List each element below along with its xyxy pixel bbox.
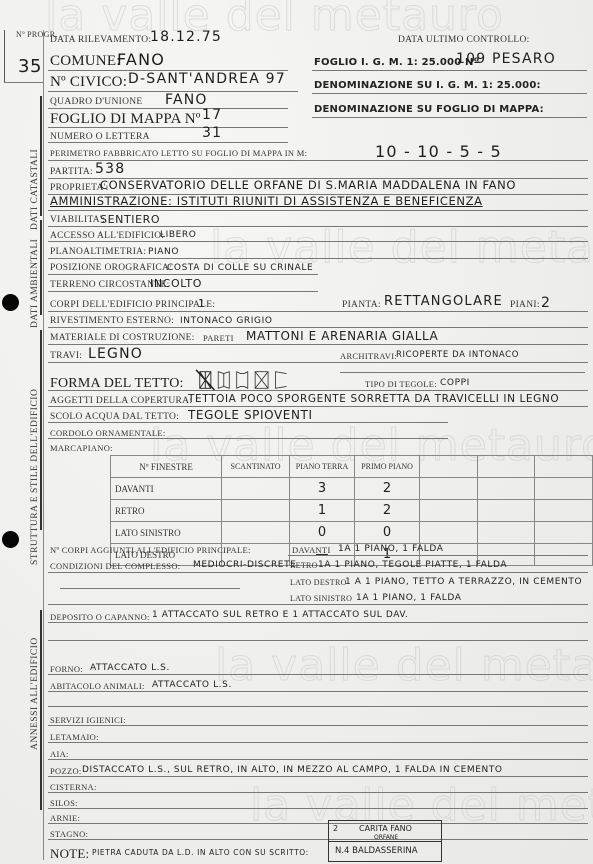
row-label: RETRO — [111, 500, 222, 522]
rivestimento-label: RIVESTIMENTO ESTERNO: — [50, 316, 174, 326]
section-label-catastali: DATI CATASTALI — [30, 149, 40, 230]
cell — [535, 522, 593, 544]
gable-side-icon — [237, 372, 248, 389]
progr-value: 35 — [18, 56, 42, 77]
cell — [477, 478, 535, 500]
cell: 3 — [289, 478, 354, 500]
denom-igm-label: DENOMINAZIONE SU I. G. M. 1: 25.000: — [314, 80, 541, 91]
hip-roof-crossed-icon — [196, 370, 214, 390]
roof-shapes — [190, 368, 300, 392]
civico-value: D-SANT'ANDREA 97 — [128, 71, 286, 87]
numero-value: 31 — [202, 125, 222, 141]
comune-value: FANO — [117, 50, 165, 69]
cell — [222, 522, 290, 544]
cell — [420, 500, 478, 522]
col-header — [420, 456, 478, 478]
posizione-value: COSTA DI COLLE SU CRINALE — [167, 263, 313, 273]
arnie-label: ARNIE: — [50, 813, 80, 823]
partita-label: PARTITA: — [50, 167, 93, 177]
denom-mappa-label: DENOMINAZIONE SU FOGLIO DI MAPPA: — [314, 104, 544, 115]
col-header — [477, 456, 535, 478]
hip-cross-icon — [255, 372, 268, 389]
col-header: SCANTINATO — [222, 456, 290, 478]
abitacolo-value: ATTACCATO L.S. — [152, 680, 232, 690]
aggiunti-destro-label: LATO DESTRO — [290, 578, 347, 587]
viabilita-value: SENTIERO — [100, 213, 160, 226]
materiale-label: MATERIALE DI COSTRUZIONE: — [50, 333, 195, 343]
cell — [222, 478, 290, 500]
viabilita-label: VIABILITA': — [50, 215, 105, 225]
foglio-mappa-label: FOGLIO DI MAPPA Nº — [50, 111, 201, 128]
cell: 0 — [289, 522, 354, 544]
data-rilevamento-value: 18.12.75 — [150, 29, 222, 45]
col-header: PIANO TERRA — [289, 456, 354, 478]
form-sheet: la valle del metauro la valle del metaur… — [0, 0, 593, 864]
perimetro-label: PERIMETRO FABBRICATO LETTO SU FOGLIO DI … — [50, 148, 307, 158]
aia-label: AIA: — [50, 749, 69, 759]
piani-label: PIANI: — [510, 300, 540, 310]
stagno-label: STAGNO: — [50, 829, 88, 839]
accesso-label: ACCESSO ALL'EDIFICIO: — [50, 231, 164, 241]
section-label-annessi: ANNESSI ALL'EDIFICIO — [30, 637, 40, 750]
cell — [222, 500, 290, 522]
cisterna-label: CISTERNA: — [50, 782, 97, 792]
stamp-line-1: CARITA FANO — [359, 824, 412, 833]
letamaio-label: LETAMAIO: — [50, 732, 99, 742]
travi-value: LEGNO — [88, 346, 143, 362]
table-row: LATO SINISTRO 0 0 — [111, 522, 593, 544]
pozzo-value: DISTACCATO L.S., SUL RETRO, IN ALTO, IN … — [82, 765, 503, 775]
piani-value: 2 — [541, 295, 551, 311]
tegole-value: COPPI — [440, 378, 470, 388]
cell: 1 — [289, 500, 354, 522]
condizioni-value: MEDIOCRI-DISCRETE — [193, 560, 296, 570]
punch-hole — [2, 294, 19, 311]
inscription-sketch: 2 CARITA FANO ORFANE N.4 BALDASSERINA — [328, 820, 442, 862]
row-label: DAVANTI — [111, 478, 222, 500]
planoaltimetria-label: PLANOALTIMETRIA: — [50, 247, 146, 257]
silos-label: SILOS: — [50, 798, 78, 808]
quadro-label: QUADRO D'UNIONE — [50, 97, 143, 107]
cell: 2 — [355, 478, 420, 500]
aggiunti-davanti-label: DAVANTI — [292, 545, 331, 555]
row-label: LATO SINISTRO — [111, 522, 222, 544]
cell — [535, 500, 593, 522]
perimetro-value: 10 - 10 - 5 - 5 — [375, 142, 502, 161]
section-label-struttura: STRUTTURA E STILE DELL'EDIFICIO — [30, 389, 40, 565]
aggiunti-destro-value: 1 A 1 PIANO, TETTO A TERRAZZO, IN CEMENT… — [345, 577, 582, 587]
data-ultimo-controllo-label: DATA ULTIMO CONTROLLO: — [398, 35, 530, 45]
corpi-label: CORPI DELL'EDIFICIO PRINCIPALE: — [50, 300, 215, 310]
numero-label: NUMERO o LETTERA — [50, 132, 150, 142]
pozzo-label: POZZO: — [50, 766, 82, 776]
amministrazione-value: AMMINISTRAZIONE: ISTITUTI RIUNITI DI ASS… — [50, 194, 483, 208]
architravi-label: ARCHITRAVI: — [340, 351, 397, 361]
accesso-value: LIBERO — [160, 230, 196, 240]
cell — [420, 478, 478, 500]
col-header — [535, 456, 593, 478]
foglio-igm-label: FOGLIO I. G. M. 1: 25.000 Nº — [314, 57, 479, 68]
forno-label: FORNO: — [50, 664, 83, 674]
pareti-value: MATTONI E ARENARIA GIALLA — [246, 329, 438, 343]
col-header: PRIMO PIANO — [355, 456, 420, 478]
aggetti-value: TETTOIA POCO SPORGENTE SORRETTA DA TRAVI… — [188, 393, 559, 405]
scolo-value: TEGOLE SPIOVENTI — [188, 408, 313, 422]
table-header-row: Nº FINESTRE SCANTINATO PIANO TERRA PRIMO… — [111, 456, 593, 478]
posizione-label: POSIZIONE OROGRAFICA: — [50, 263, 172, 273]
aggiunti-sinistro-label: LATO SINISTRO — [290, 594, 352, 603]
cell — [477, 522, 535, 544]
civico-label: Nº CIVICO: — [50, 74, 127, 91]
corpi-value: 1 — [198, 297, 206, 310]
section-label-ambientali: DATI AMBIENTALI — [30, 239, 40, 328]
deposito-label: DEPOSITO o CAPANNO: — [50, 612, 150, 622]
scolo-label: SCOLO ACQUA DAL TETTO: — [50, 412, 179, 422]
data-rilevamento-label: DATA RILEVAMENTO: — [50, 35, 151, 45]
cell: 2 — [355, 500, 420, 522]
col-header: Nº FINESTRE — [111, 456, 222, 478]
aggiunti-retro-label: RETRO — [290, 561, 318, 570]
watermark: la valle del metauro — [215, 640, 593, 691]
stamp-line-2: ORFANE — [374, 834, 398, 841]
terreno-value: INCOLTO — [150, 277, 202, 290]
stamp-num: 2 — [333, 824, 338, 833]
abitacolo-label: ABITACOLO ANIMALI: — [50, 681, 145, 691]
aggiunti-davanti-value: 1A 1 PIANO, 1 FALDA — [338, 544, 444, 554]
deposito-value: 1 ATTACCATO SUL RETRO E 1 ATTACCATO SUL … — [152, 610, 408, 620]
rivestimento-value: INTONACO GRIGIO — [180, 316, 273, 326]
pianta-value: RETTANGOLARE — [384, 294, 503, 309]
quadro-value: FANO — [165, 92, 208, 108]
cell: 0 — [355, 522, 420, 544]
pareti-label: PARETI — [203, 333, 234, 343]
punch-hole — [2, 531, 19, 548]
servizi-label: SERVIZI IGIENICI: — [50, 715, 126, 725]
tegole-label: TIPO DI TEGOLE: — [365, 379, 437, 389]
partita-value: 538 — [95, 161, 125, 177]
table-row: DAVANTI 3 2 — [111, 478, 593, 500]
proprieta-value: CONSERVATORIO DELLE ORFANE DI S.MARIA MA… — [100, 178, 516, 192]
note-value: PIETRA CADUTA DA L.D. IN ALTO CON SU SCR… — [92, 848, 309, 857]
cell — [420, 522, 478, 544]
planoaltimetria-value: PIANO — [148, 247, 179, 257]
aggiunti-retro-value: 1A 1 PIANO, TEGOLE PIATTE, 1 FALDA — [318, 560, 507, 570]
shed-icon — [275, 372, 286, 389]
aggiunti-sinistro-value: 1A 1 PIANO, 1 FALDA — [356, 593, 462, 603]
condizioni-label: CONDIZIONI DEL COMPLESSO: — [50, 561, 180, 571]
aggiunti-label: Nº CORPI AGGIUNTI ALL'EDIFICIO PRINCIPAL… — [50, 545, 251, 555]
cell — [535, 478, 593, 500]
marcapiano-label: MARCAPIANO: — [50, 443, 113, 453]
comune-label: COMUNE: — [50, 53, 121, 70]
note-label: NOTE: — [50, 846, 89, 862]
aggetti-label: AGGETTI DELLA COPERTURA: — [50, 396, 192, 406]
gable-front-icon — [218, 372, 229, 389]
foglio-igm-value: 109 PESARO — [456, 51, 556, 67]
cordolo-label: CORDOLO ORNAMENTALE: — [50, 428, 166, 438]
pianta-label: PIANTA: — [342, 300, 381, 310]
table-row: RETRO 1 2 — [111, 500, 593, 522]
cell — [477, 500, 535, 522]
foglio-mappa-value: 17 — [202, 107, 222, 123]
stamp-line-3: N.4 BALDASSERINA — [335, 846, 418, 856]
architravi-value: RICOPERTE DA INTONACO — [396, 350, 519, 360]
forno-value: ATTACCATO L.S. — [90, 663, 170, 673]
travi-label: TRAVI: — [50, 351, 82, 361]
